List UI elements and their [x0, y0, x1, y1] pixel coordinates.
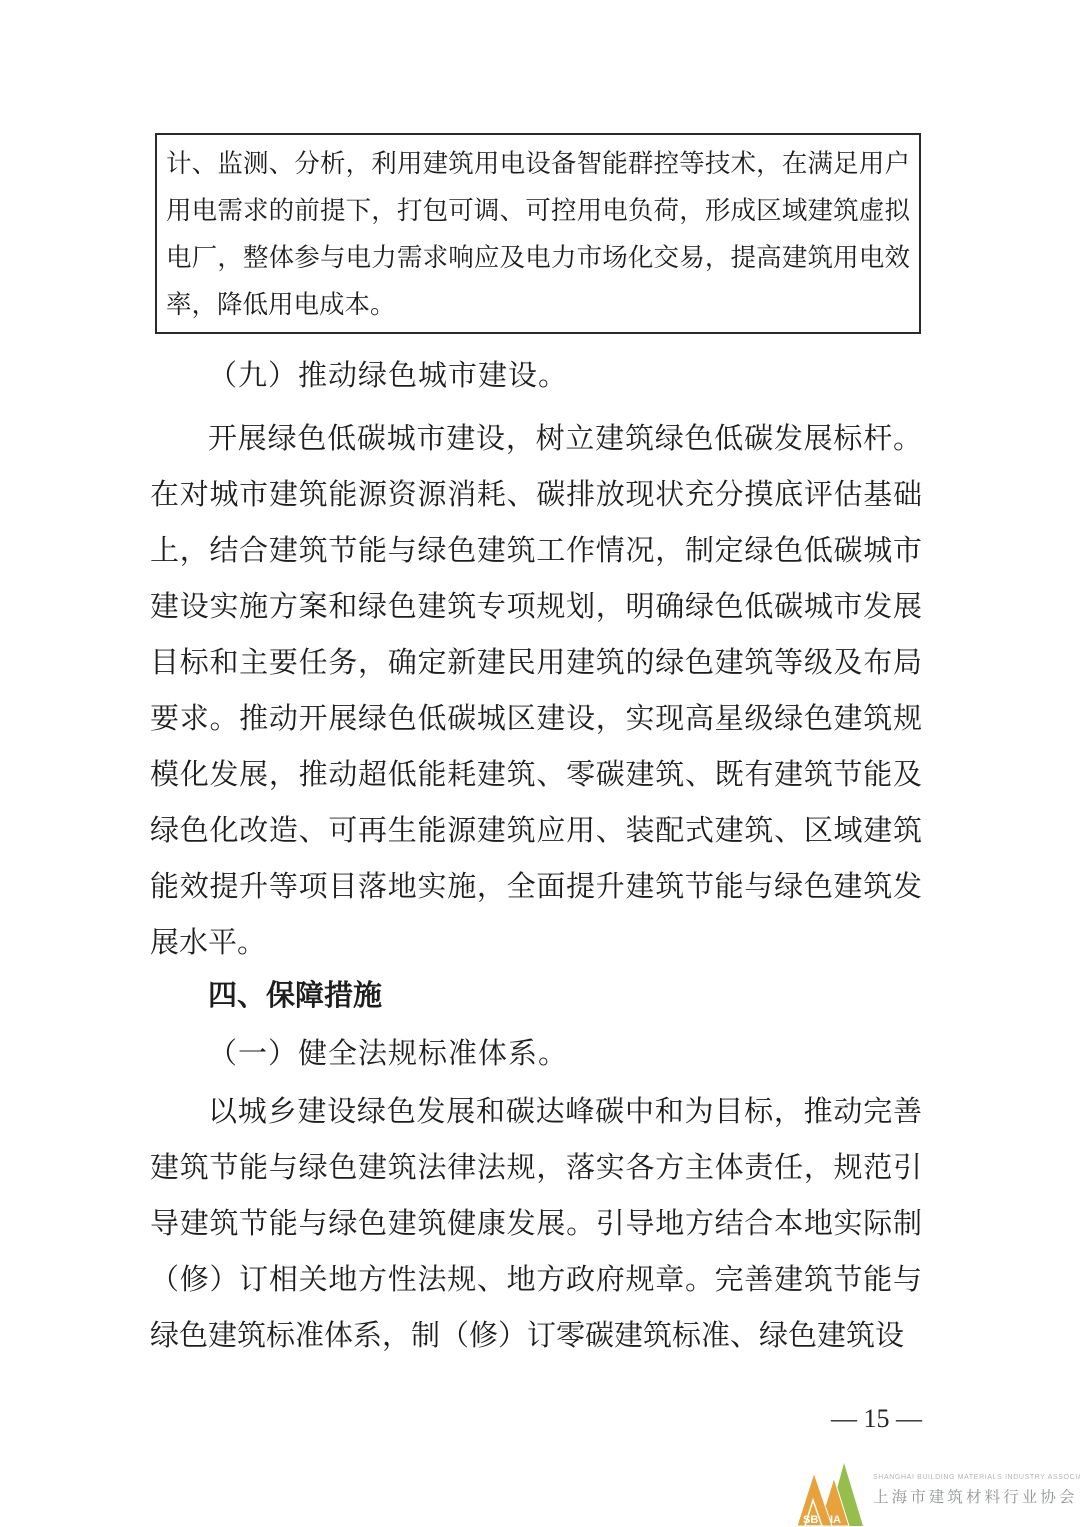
logo-monogram-right: IA	[830, 1514, 841, 1526]
association-logo: SB IA SHANGHAI BUILDING MATERIALS INDUST…	[797, 1460, 1080, 1527]
logo-monogram-left: SB	[803, 1514, 818, 1526]
logo-text-block: SHANGHAI BUILDING MATERIALS INDUSTRY ASS…	[873, 1460, 1080, 1507]
section-9-heading: （九）推动绿色城市建设。	[150, 348, 922, 404]
boxed-paragraph: 计、监测、分析，利用建筑用电设备智能群控等技术，在满足用户用电需求的前提下，打包…	[155, 133, 921, 334]
section-9-paragraph: 开展绿色低碳城市建设，树立建筑绿色低碳发展标杆。在对城市建筑能源资源消耗、碳排放…	[150, 411, 922, 971]
page-number: — 15 —	[150, 1401, 922, 1437]
chapter-4-heading: 四、保障措施	[150, 968, 922, 1024]
sbmia-mountain-logo-icon: SB IA	[797, 1460, 865, 1527]
subsection-1-paragraph: 以城乡建设绿色发展和碳达峰碳中和为目标，推动完善建筑节能与绿色建筑法律法规，落实…	[150, 1084, 922, 1364]
subsection-1-heading: （一）健全法规标准体系。	[150, 1026, 922, 1082]
document-page: 计、监测、分析，利用建筑用电设备智能群控等技术，在满足用户用电需求的前提下，打包…	[0, 0, 1080, 1527]
logo-chinese-name: 上海市建筑材料行业协会	[873, 1485, 1080, 1507]
logo-english-name: SHANGHAI BUILDING MATERIALS INDUSTRY ASS…	[873, 1474, 1080, 1481]
